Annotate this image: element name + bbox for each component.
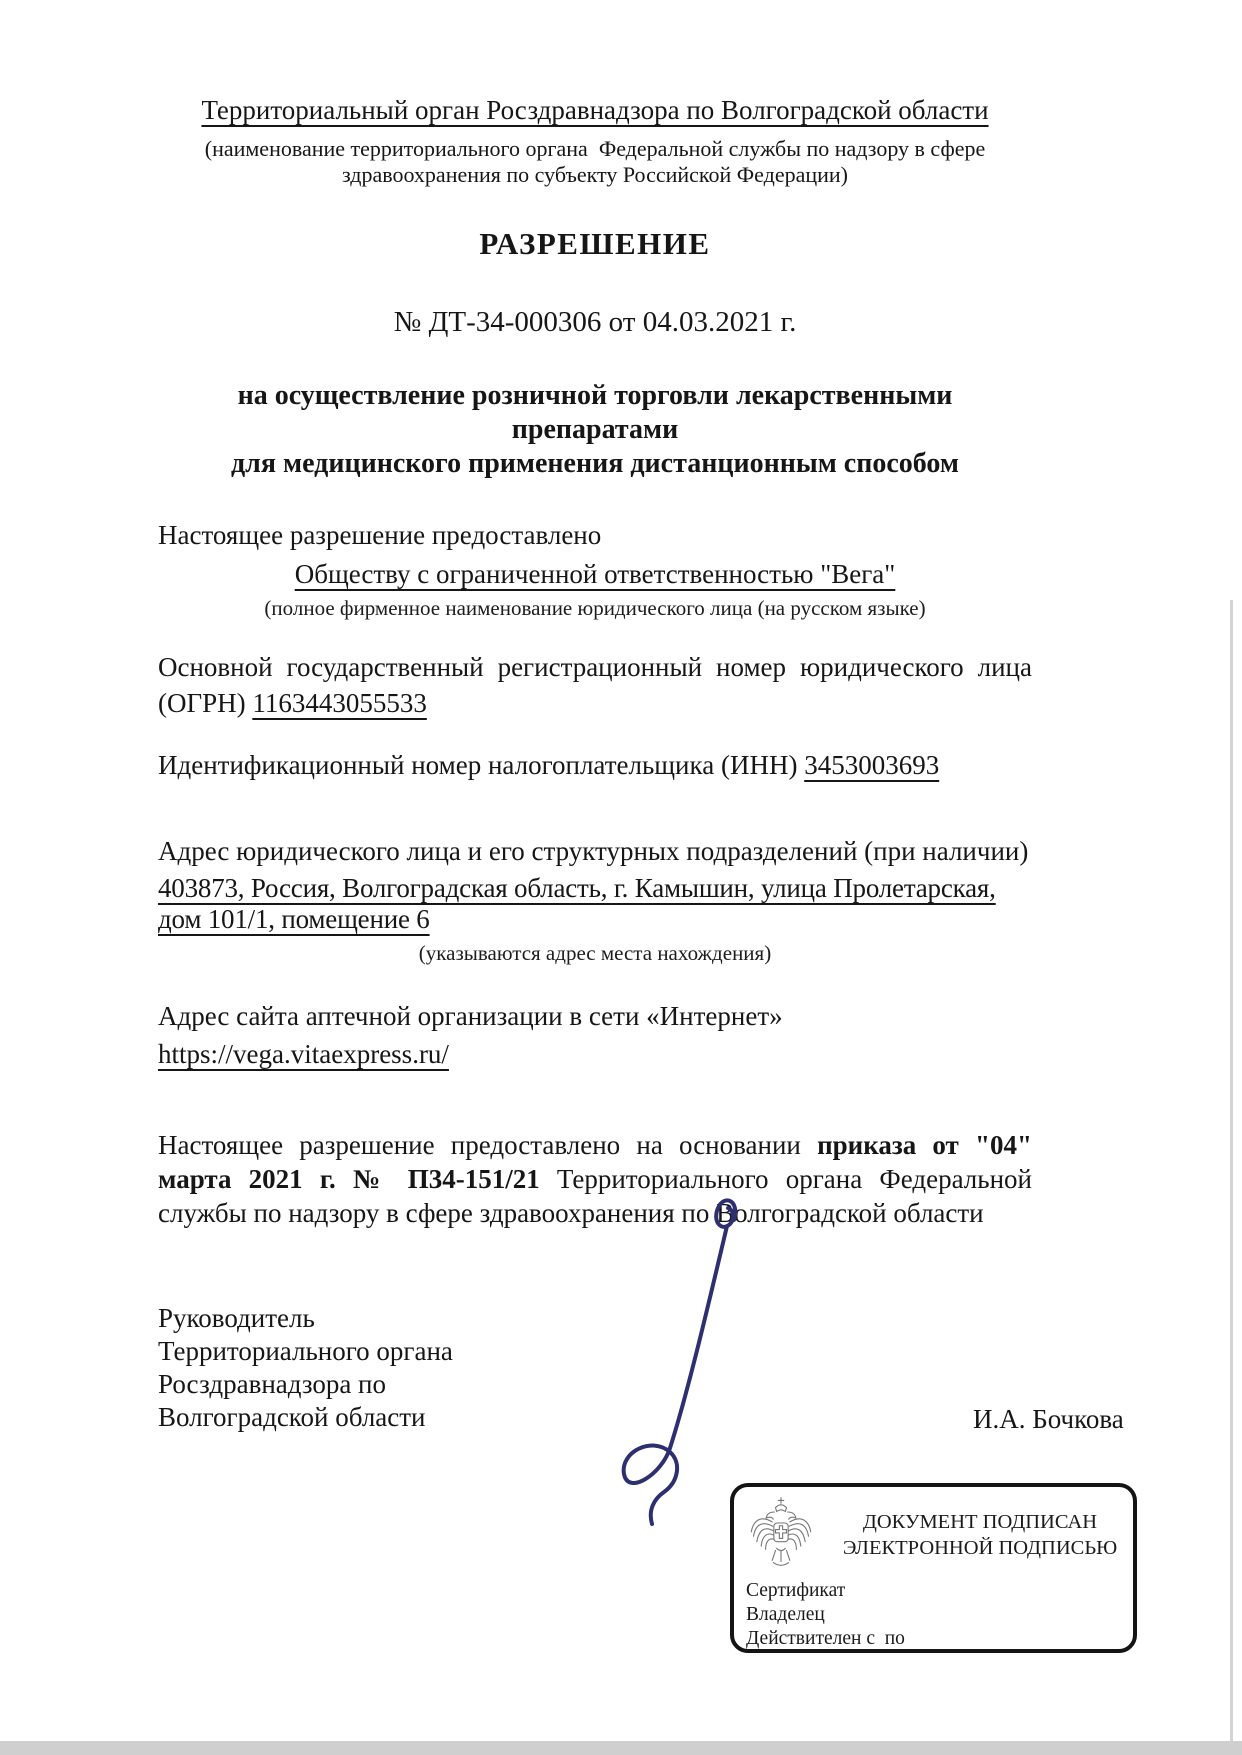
scan-bottom-strip: [0, 1741, 1242, 1755]
company-name: Обществу с ограниченной ответственностью…: [295, 559, 896, 589]
signer-name: И.А. Бочкова: [973, 1404, 1124, 1435]
ogrn-value: 1163443055533: [252, 688, 427, 718]
website-url: https://vega.vitaexpress.ru/: [158, 1039, 449, 1069]
address-caption: (указываются адрес места нахождения): [158, 941, 1032, 966]
inn-label: Идентификационный номер налогоплательщик…: [158, 750, 797, 780]
handwritten-signature: [608, 1192, 788, 1532]
stamp-fields: Сертификат Владелец Действителен с по: [746, 1579, 905, 1651]
address-value-line: 403873, Россия, Волгоградская область, г…: [158, 873, 1032, 935]
double-headed-eagle-emblem-icon: [748, 1495, 814, 1573]
org-name-line: Территориальный орган Росздравнадзора по…: [158, 94, 1032, 126]
document-number: № ДТ-34-000306 от 04.03.2021 г.: [158, 306, 1032, 339]
subject-line-1: на осуществление розничной торговли лека…: [158, 379, 1032, 447]
website-url-line: https://vega.vitaexpress.ru/: [158, 1038, 1032, 1070]
stamp-title: ДОКУМЕНТ ПОДПИСАН ЭЛЕКТРОННОЙ ПОДПИСЬЮ: [838, 1509, 1122, 1561]
electronic-signature-stamp: ДОКУМЕНТ ПОДПИСАН ЭЛЕКТРОННОЙ ПОДПИСЬЮ С…: [730, 1483, 1137, 1653]
granted-label: Настоящее разрешение предоставлено: [158, 519, 1032, 551]
signer-position-line: Руководитель: [158, 1302, 453, 1335]
stamp-valid-label: Действителен с по: [746, 1627, 905, 1651]
document-page: Территориальный орган Росздравнадзора по…: [0, 0, 1242, 1755]
stamp-certificate-label: Сертификат: [746, 1579, 905, 1603]
company-name-line: Обществу с ограниченной ответственностью…: [158, 559, 1032, 590]
website-label: Адрес сайта аптечной организации в сети …: [158, 1000, 1032, 1032]
basis-paragraph: Настоящее разрешение предоставлено на ос…: [158, 1128, 1032, 1230]
basis-prefix: Настоящее разрешение предоставлено на ос…: [158, 1130, 817, 1160]
signer-position-line: Волгоградской области: [158, 1401, 453, 1434]
inn-paragraph: Идентификационный номер налогоплательщик…: [158, 747, 1032, 783]
signer-position-block: Руководитель Территориального органа Рос…: [158, 1302, 453, 1434]
address-label: Адрес юридического лица и его структурны…: [158, 835, 1032, 867]
company-caption: (полное фирменное наименование юридическ…: [158, 596, 1032, 621]
ogrn-paragraph: Основной государственный регистрационный…: [158, 649, 1032, 721]
document-content: Территориальный орган Росздравнадзора по…: [158, 0, 1032, 1230]
document-title: РАЗРЕШЕНИЕ: [158, 226, 1032, 262]
subject-line-2: для медицинского применения дистанционны…: [158, 447, 1032, 481]
inn-value: 3453003693: [804, 750, 939, 780]
signer-position-line: Территориального органа: [158, 1335, 453, 1368]
signer-position-line: Росздравнадзора по: [158, 1368, 453, 1401]
stamp-owner-label: Владелец: [746, 1603, 905, 1627]
address-value: 403873, Россия, Волгоградская область, г…: [158, 873, 996, 934]
scan-edge-artifact: [1230, 600, 1233, 1741]
org-name-caption: (наименование территориального органа Фе…: [158, 136, 1032, 188]
org-name-text: Территориальный орган Росздравнадзора по…: [201, 95, 988, 125]
document-subject: на осуществление розничной торговли лека…: [158, 379, 1032, 481]
